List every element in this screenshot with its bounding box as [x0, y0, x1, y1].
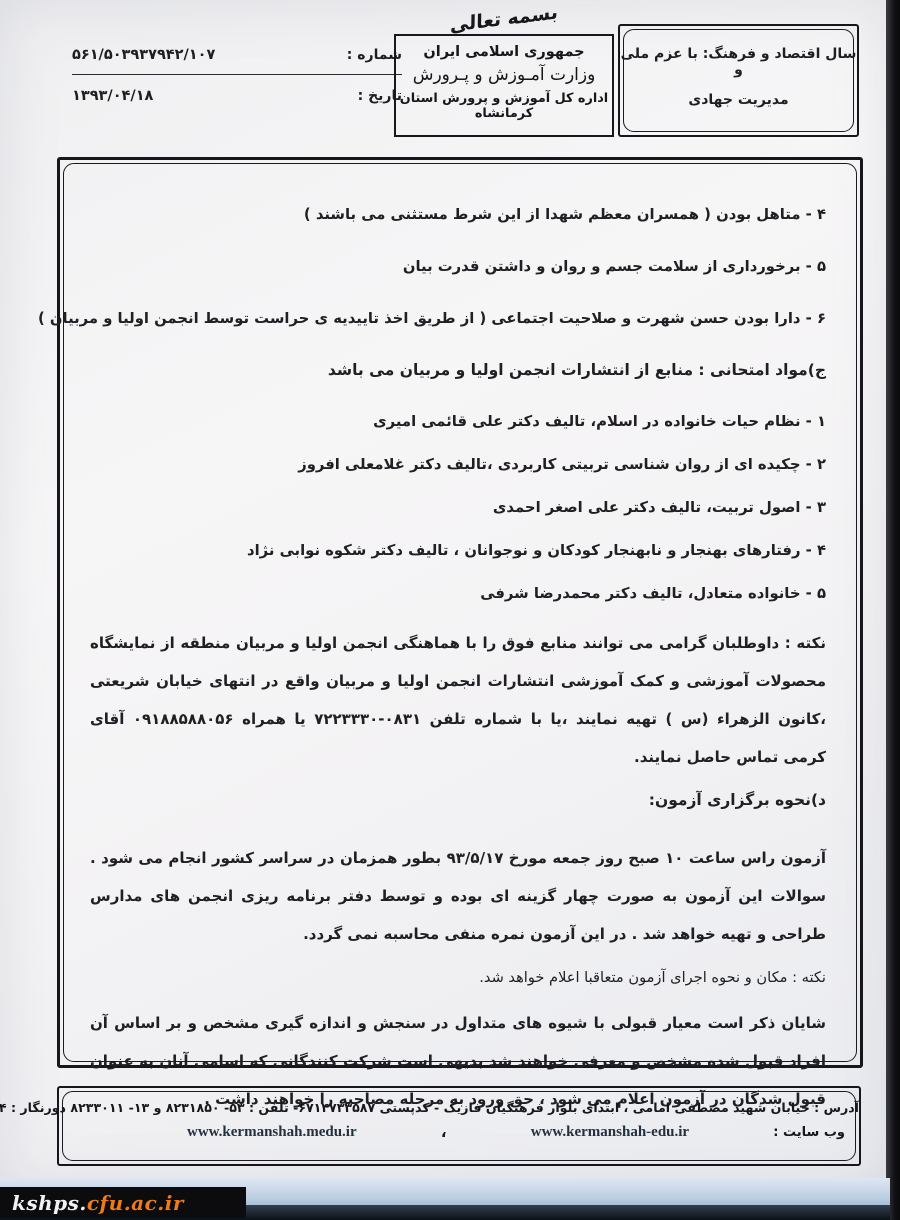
section-c-title: ج)مواد امتحانی : منابع از انتشارات انجمن… [90, 358, 826, 383]
scan-edge-right [886, 0, 900, 1220]
site-watermark: kshps.cfu.ac.ir [0, 1187, 246, 1218]
letter-body-frame: ۴ - متاهل بودن ( همسران معظم شهدا از این… [57, 157, 863, 1068]
watermark-suffix: cfu.ac.ir [87, 1191, 184, 1215]
source-item-1: ۱ - نظام حیات خانواده در اسلام، تالیف دک… [90, 409, 826, 434]
source-item-2: ۲ - چکیده ای از روان شناسی تربیتی کاربرد… [90, 452, 826, 477]
slogan-line-2: مدیریت جهادی [620, 92, 857, 108]
website-secondary: www.kermanshah.medu.ir [187, 1124, 357, 1141]
ref-date-row: تاریخ : ۱۳۹۳/۰۴/۱۸ [72, 81, 402, 111]
ref-divider [72, 74, 402, 75]
condition-item-5: ۵ - برخورداری از سلامت جسم و روان و داشت… [90, 254, 826, 279]
website-primary: www.kermanshah-edu.ir [531, 1124, 689, 1141]
ref-date-value: ۱۳۹۳/۰۴/۱۸ [72, 88, 153, 104]
website-label: وب سایت : [773, 1125, 845, 1140]
scanned-letter-page: شماره : ۵۶۱/۵۰۳۹۳۷۹۴۲/۱۰۷ تاریخ : ۱۳۹۳/۰… [0, 0, 900, 1220]
source-item-5: ۵ - خانواده متعادل، تالیف دکتر محمدرضا ش… [90, 581, 826, 606]
org-department: اداره کل آموزش و پرورش استان کرمانشاه [396, 91, 612, 121]
org-ministry: وزارت آمـوزش و پـرورش [396, 65, 612, 85]
note-sources: نکته : داوطلبان گرامی می توانند منابع فو… [90, 624, 826, 776]
letter-body: ۴ - متاهل بودن ( همسران معظم شهدا از این… [60, 160, 860, 1065]
note-exam-location: نکته : مکان و نحوه اجرای آزمون متعاقبا ا… [90, 965, 826, 990]
ref-number-value: ۵۶۱/۵۰۳۹۳۷۹۴۲/۱۰۷ [72, 47, 215, 63]
slogan-line-1: سال اقتصاد و فرهنگ: با عزم ملی و [620, 46, 857, 78]
exam-details: آزمون راس ساعت ۱۰ صبح روز جمعه مورخ ۹۳/۵… [90, 839, 826, 953]
ref-number-row: شماره : ۵۶۱/۵۰۳۹۳۷۹۴۲/۱۰۷ [72, 40, 402, 70]
section-d-title: د)نحوه برگزاری آزمون: [90, 788, 826, 813]
condition-item-4: ۴ - متاهل بودن ( همسران معظم شهدا از این… [90, 202, 826, 227]
org-country: جمهوری اسلامی ایران [396, 44, 612, 60]
condition-item-6: ۶ - دارا بودن حسن شهرت و صلاحیت اجتماعی … [90, 306, 826, 331]
address-line: آدرس : خیابان شهید مصطفی امامی ، ابتدای … [59, 1100, 859, 1115]
website-row: وب سایت : www.kermanshah-edu.ir ، www.ke… [59, 1115, 859, 1141]
year-slogan-box: سال اقتصاد و فرهنگ: با عزم ملی و مدیریت … [618, 24, 859, 137]
ministry-header-box: بسمه تعالی جمهوری اسلامی ایران وزارت آمـ… [394, 34, 614, 137]
watermark-prefix: kshps. [12, 1191, 87, 1215]
source-item-3: ۳ - اصول تربیت، تالیف دکتر علی اصغر احمد… [90, 495, 826, 520]
letterhead-footer: آدرس : خیابان شهید مصطفی امامی ، ابتدای … [57, 1086, 861, 1166]
website-separator: ، [441, 1123, 447, 1141]
source-item-4: ۴ - رفتارهای بهنجار و نابهنجار کودکان و … [90, 538, 826, 563]
reference-block: شماره : ۵۶۱/۵۰۳۹۳۷۹۴۲/۱۰۷ تاریخ : ۱۳۹۳/۰… [72, 40, 402, 111]
